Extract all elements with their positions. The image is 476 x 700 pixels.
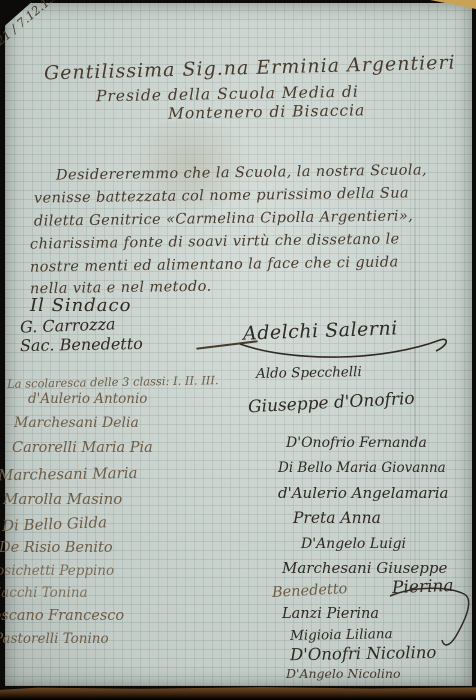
sindaco-title: Il Sindaco [30,296,131,316]
secretary-signature: Sac. Benedetto [20,335,143,355]
student-right-11: D'Onofri Nicolino [290,644,437,665]
student-right-4: Preta Anna [293,510,381,527]
student-right-1: D'Onofrio Fernanda [286,436,427,451]
signature-flourish [234,336,454,364]
student-right-9: Lanzi Pierina [282,607,379,623]
student-left-7: De Risio Benito [0,541,113,557]
student-right-2: Di Bello Maria Giovanna [278,461,446,476]
signature-swash [386,582,472,652]
student-left-10: Toscano Francesco [0,609,124,625]
photographed-letter: 21 / 7.12.1942 Gentilissima Sig.na Ermin… [0,0,476,700]
student-right-3: d'Aulerio Angelamaria [278,485,448,502]
table-edge [0,686,476,700]
student-right-6: Marchesani Giuseppe [282,560,447,577]
sindaco-signature: G. Carrozza [20,315,116,336]
folded-corner-top-right [430,0,476,9]
student-left-1: d'Aulerio Antonio [28,392,147,407]
student-right-12: D'Angelo Nicolino [286,667,400,681]
student-left-3: Carorelli Maria Pia [12,441,153,457]
student-left-5: Marolla Masino [3,491,122,508]
student-left-9: Sacchi Tonina [0,586,88,601]
student-right-10: Migioia Liliana [290,627,393,644]
student-left-8: Rosichetti Peppino [0,564,114,579]
student-left-2: Marchesani Delia [14,416,139,431]
teacher-signature-2: Aldo Specchelli [256,365,362,382]
student-right-5: D'Angelo Luigi [301,537,406,552]
salutation-line-3: Montenero di Bisaccia [168,102,366,122]
student-left-6: Di Bello Gilda [2,514,108,534]
student-left-4: Marchesani Maria [0,465,138,484]
student-left-11: Pastorelli Tonino [0,632,109,647]
